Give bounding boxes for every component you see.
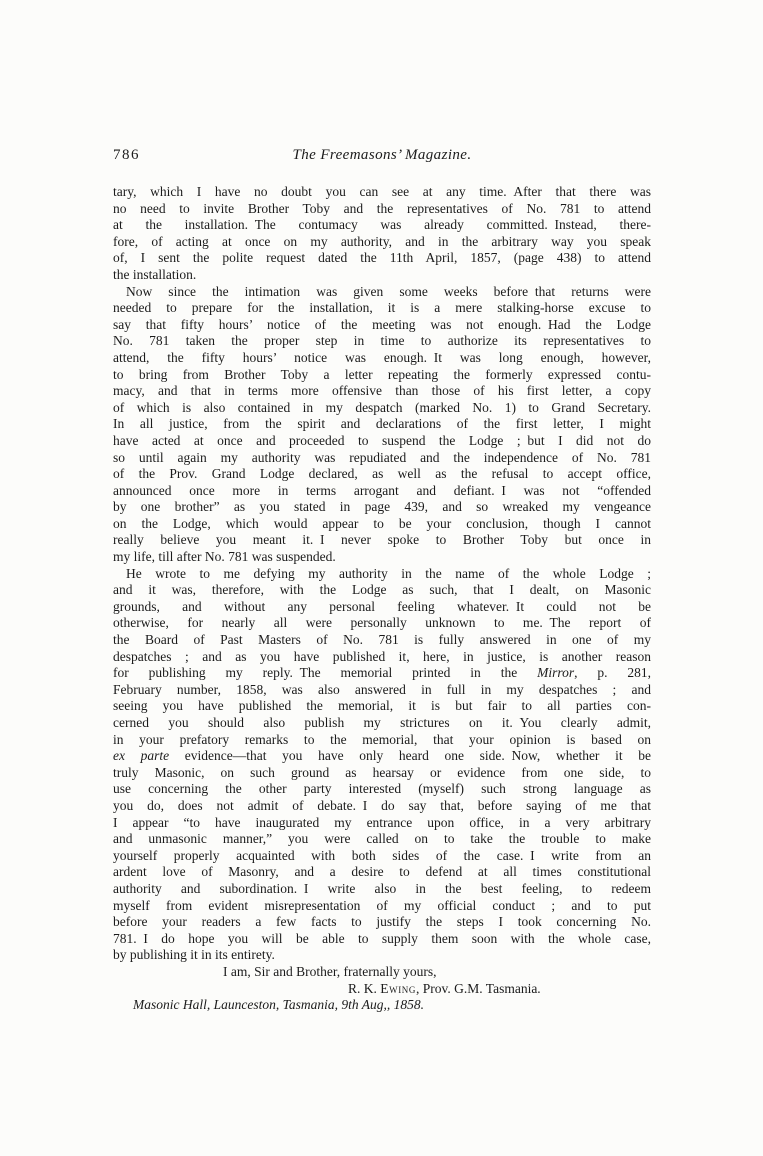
letter-line: my life, till after No. 781 was suspende… [113,549,651,566]
dateline: Masonic Hall, Launceston, Tasmania, 9th … [113,997,651,1014]
letter-line: you do, does not admit of debate. I do s… [113,798,651,815]
letter-line: macy, and that in terms more offensive t… [113,383,651,400]
letter-line: say that fifty hours’ notice of the meet… [113,317,651,334]
letter-line: by publishing it in its entirety. [113,947,651,964]
page-content: 786 The Freemasons’ Magazine. tary, whic… [113,147,651,1014]
italic-text: Mirror [537,665,574,680]
magazine-title: The Freemasons’ Magazine. [292,147,471,164]
letter-line: use concerning the other party intereste… [113,781,651,798]
letter-line: No. 781 taken the proper step in time to… [113,333,651,350]
letter-line: grounds, and without any personal feelin… [113,599,651,616]
letter-line: despatches ; and as you have published i… [113,649,651,666]
letter-line: yourself properly acquainted with both s… [113,848,651,865]
page-header: 786 The Freemasons’ Magazine. [113,147,651,165]
letter-line: have acted at once and proceeded to susp… [113,433,651,450]
page-number: 786 [113,147,140,164]
letter-line: Now since the intimation was given some … [113,284,651,301]
letter-line: in your prefatory remarks to the memoria… [113,732,651,749]
letter-line: and it was, therefore, with the Lodge as… [113,582,651,599]
letter-line: before your readers a few facts to justi… [113,914,651,931]
letter-line: at the installation. The contumacy was a… [113,217,651,234]
italic-text: ex parte [113,748,169,763]
letter-line: for publishing my reply. The memorial pr… [113,665,651,682]
letter-line: attend, the fifty hours’ notice was enou… [113,350,651,367]
letter-line: 781. I do hope you will be able to suppl… [113,931,651,948]
magazine-page: 786 The Freemasons’ Magazine. tary, whic… [0,0,763,1156]
letter-line: ardent love of Masonry, and a desire to … [113,864,651,881]
letter-body: tary, which I have no doubt you can see … [113,184,651,1014]
letter-line: the installation. [113,267,651,284]
small-caps-text: Ewing [380,981,416,996]
letter-line: seeing you have published the memorial, … [113,698,651,715]
letter-line: really believe you meant it. I never spo… [113,532,651,549]
letter-line: fore, of acting at once on my authority,… [113,234,651,251]
letter-line: and unmasonic manner,” you were called o… [113,831,651,848]
letter-line: of, I sent the polite request dated the … [113,250,651,267]
letter-line: announced once more in terms arrogant an… [113,483,651,500]
letter-line: myself from evident misrepresentation of… [113,898,651,915]
signature-line: R. K. Ewing, Prov. G.M. Tasmania. [113,981,651,998]
letter-line: cerned you should also publish my strict… [113,715,651,732]
letter-line: needed to prepare for the installation, … [113,300,651,317]
letter-line: ex parte evidence—that you have only hea… [113,748,651,765]
letter-line: authority and subordination. I write als… [113,881,651,898]
letter-line: In all justice, from the spirit and decl… [113,416,651,433]
closing-salutation: I am, Sir and Brother, fraternally yours… [113,964,651,981]
letter-line: truly Masonic, on such ground as hearsay… [113,765,651,782]
letter-line: I appear “to have inaugurated my entranc… [113,815,651,832]
letter-line: the Board of Past Masters of No. 781 is … [113,632,651,649]
letter-line: He wrote to me defying my authority in t… [113,566,651,583]
letter-line: February number, 1858, was also answered… [113,682,651,699]
letter-line: of which is also contained in my despatc… [113,400,651,417]
letter-line: otherwise, for nearly all were personall… [113,615,651,632]
letter-line: to bring from Brother Toby a letter repe… [113,367,651,384]
letter-line: so until again my authority was repudiat… [113,450,651,467]
letter-line: on the Lodge, which would appear to be y… [113,516,651,533]
letter-line: of the Prov. Grand Lodge declared, as we… [113,466,651,483]
letter-line: by one brother” as you stated in page 43… [113,499,651,516]
letter-line: no need to invite Brother Toby and the r… [113,201,651,218]
letter-line: tary, which I have no doubt you can see … [113,184,651,201]
